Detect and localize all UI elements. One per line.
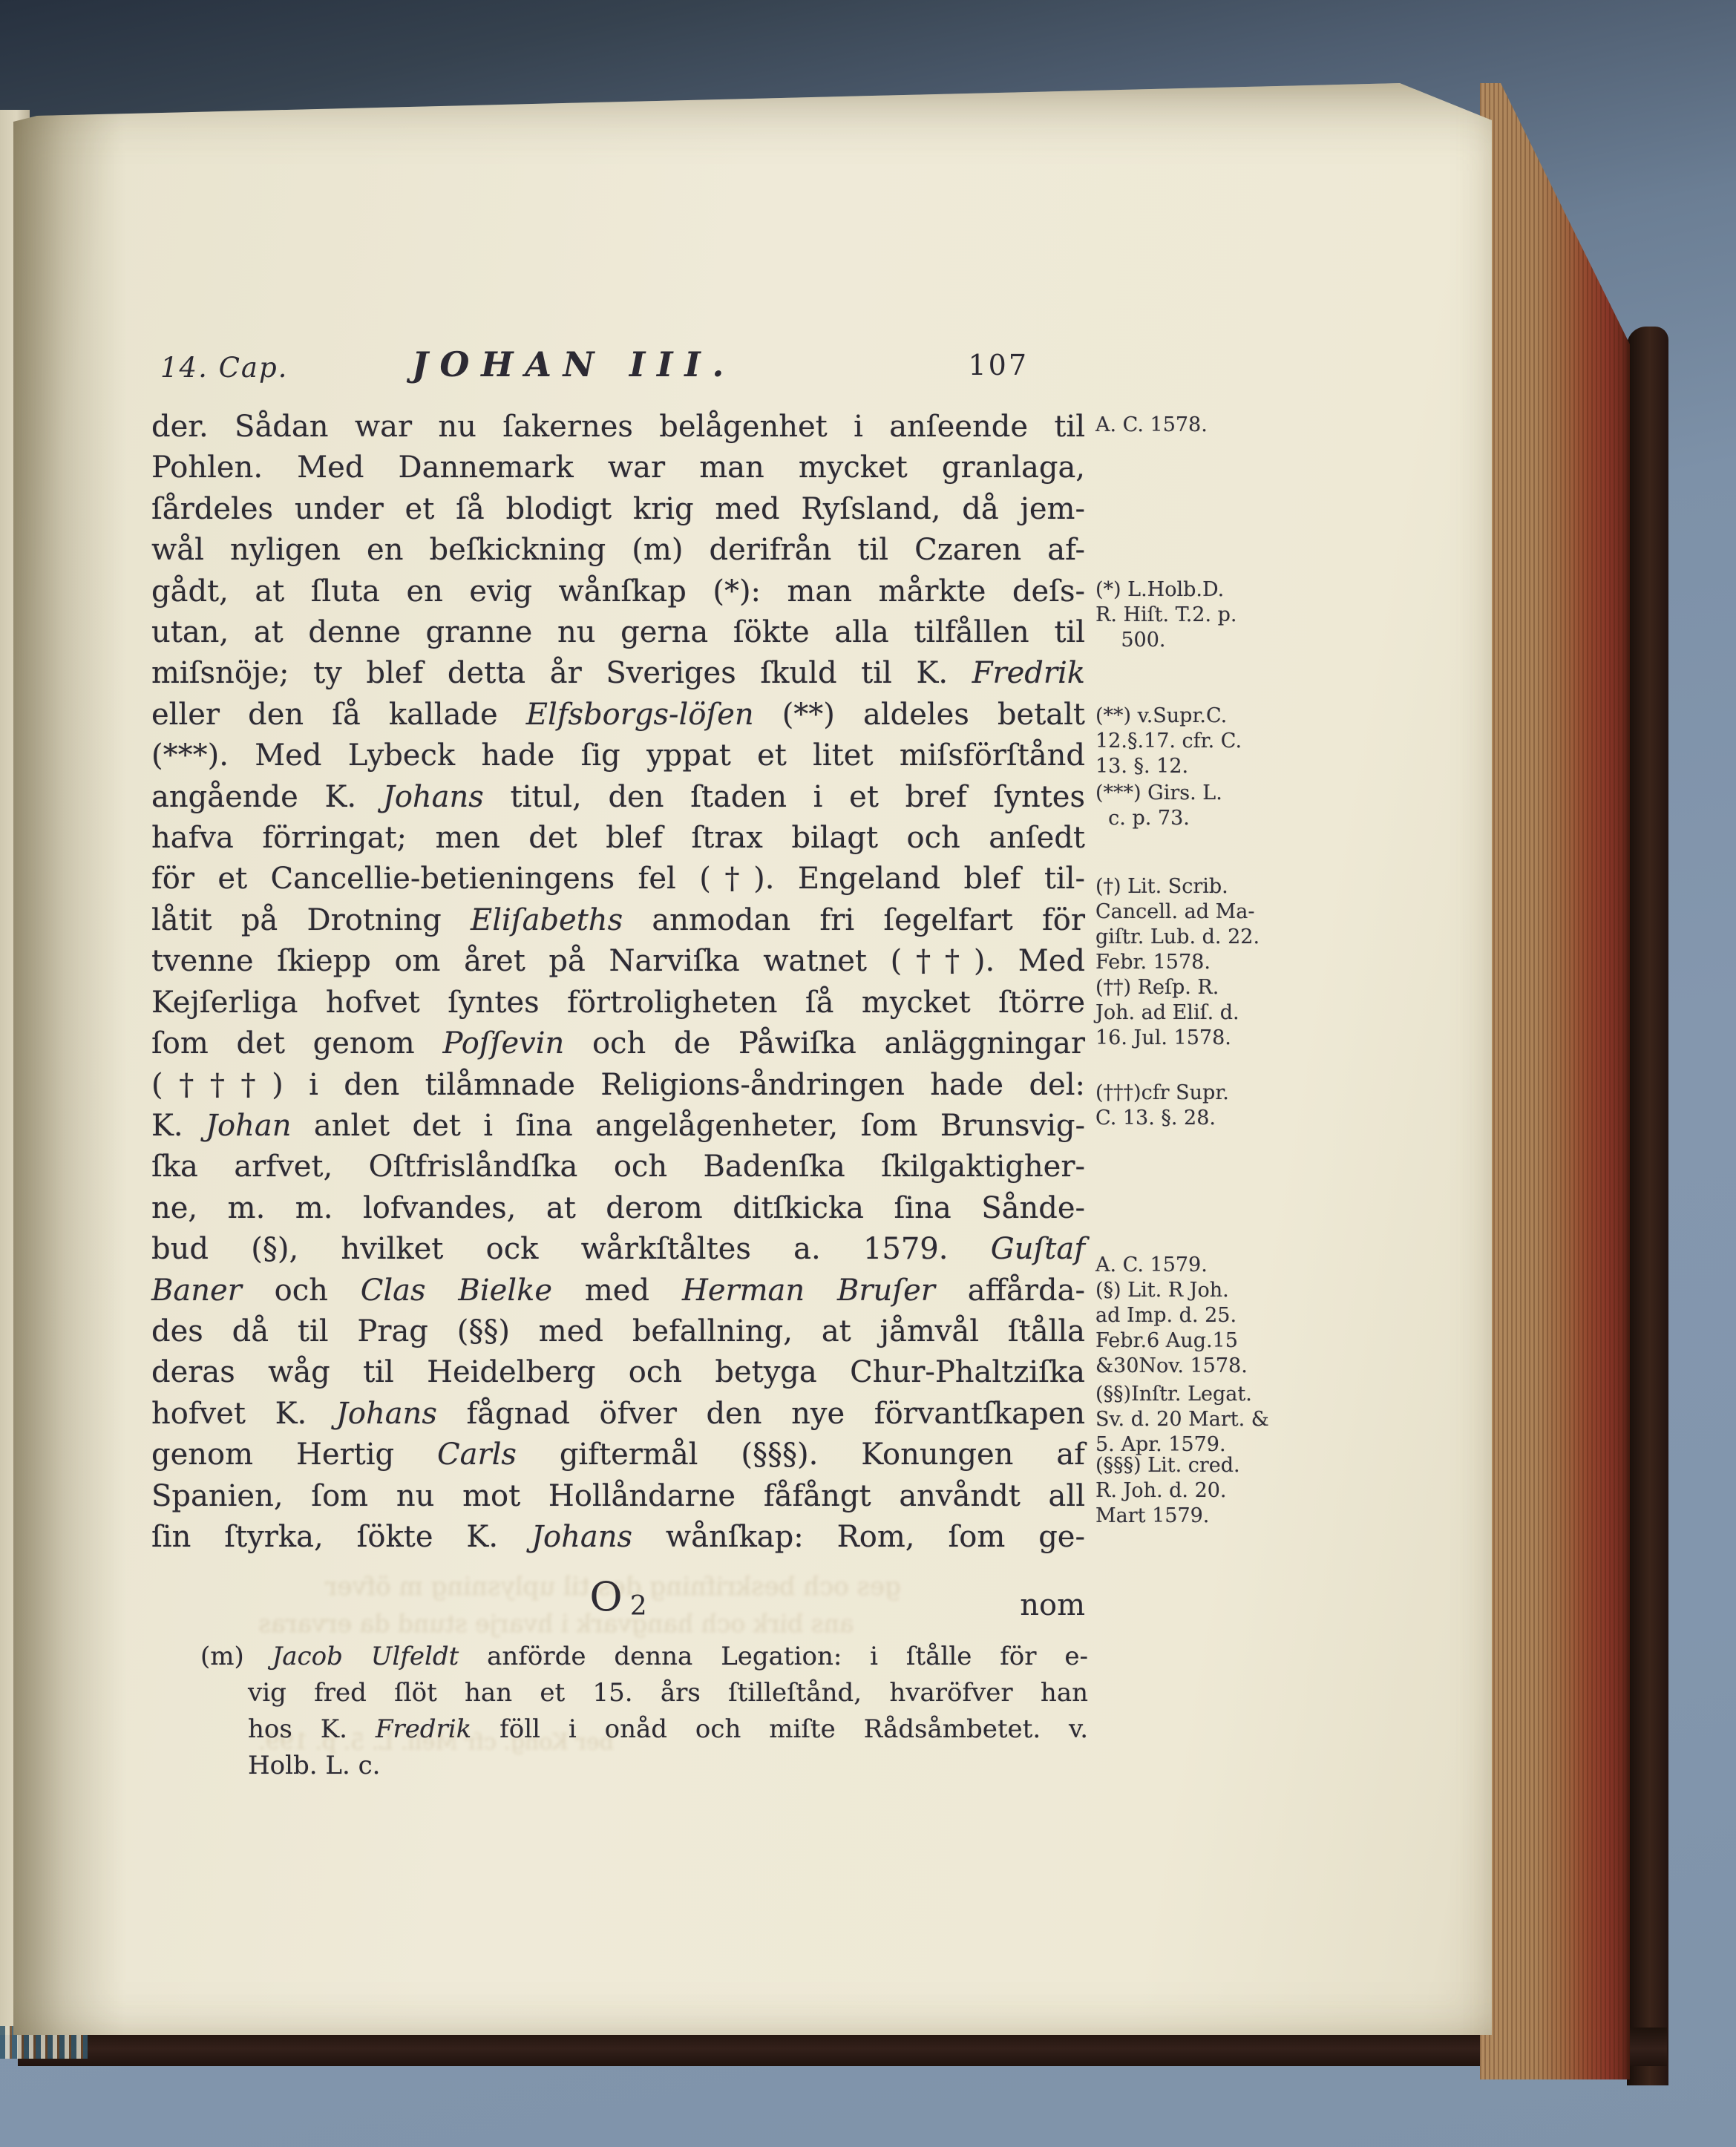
body-line: des då til Prag (§§) med befallning, at … (151, 1311, 1085, 1352)
body-line: (***). Med Lybeck hade ſig yppat et lite… (151, 735, 1085, 776)
text-run: Holb. L. c. (248, 1751, 380, 1780)
italic-text-run: Baner (151, 1274, 242, 1308)
text-run: (***). Med Lybeck hade ſig yppat et lite… (151, 738, 1085, 773)
footnote-line: hos K. Fredrik föll i onåd och miſte Råd… (200, 1711, 1088, 1748)
margin-notes: A. C. 1578.(*) L.Holb.D. R. Hiſt. T.2. p… (1095, 83, 1297, 1567)
body-line: ne, m. m. lofvandes, at derom ditſkicka … (151, 1188, 1085, 1229)
margin-note: (††) Reſp. R. Joh. ad Eliſ. d. 16. Jul. … (1095, 975, 1297, 1051)
body-line: hafva förringat; men det blef ſtrax bila… (151, 818, 1085, 859)
text-run: Kejſerliga hofvet ſyntes förtroligheten … (151, 986, 1085, 1020)
text-run: tvenne ſkiepp om året på Narviſka watnet… (151, 944, 1085, 978)
text-run: ſka arfvet, Oſtfrislåndſka och Badenſka … (151, 1150, 1085, 1184)
body-line: Kejſerliga hofvet ſyntes förtroligheten … (151, 983, 1085, 1023)
text-run: giftermål (§§§). Konungen af (517, 1438, 1085, 1472)
body-line: utan, at denne granne nu gerna ſökte all… (151, 612, 1085, 653)
text-run: anlet det i ſina angelågenheter, ſom Bru… (292, 1109, 1085, 1143)
margin-note: A. C. 1579. (1095, 1253, 1297, 1278)
text-run: affårda- (935, 1274, 1085, 1308)
book-fore-edge (1480, 83, 1630, 2079)
text-run: wål nyligen en beſkickning (m) derifrån … (151, 533, 1085, 567)
text-run: (**) aldeles betalt (754, 698, 1085, 732)
margin-note: A. C. 1578. (1095, 413, 1297, 438)
footnote: (m) Jacob Ulfeldt anförde denna Legation… (200, 1639, 1088, 1784)
body-line: Baner och Clas Bielke med Herman Bruſer … (151, 1271, 1085, 1311)
italic-text-run: Fredrik (972, 656, 1085, 690)
text-run: och (242, 1274, 361, 1308)
page-header: 14. Cap. JOHAN III. 107 (151, 344, 1085, 389)
margin-note: (§§)Inſtr. Legat. Sv. d. 20 Mart. & 5. A… (1095, 1382, 1297, 1458)
text-run: wånſkap: Rom, ſom ge- (632, 1520, 1085, 1554)
body-line: ſka arfvet, Oſtfrislåndſka och Badenſka … (151, 1147, 1085, 1187)
body-line: wål nyligen en beſkickning (m) derifrån … (151, 530, 1085, 571)
body-line: K. Johan anlet det i ſina angelågenheter… (151, 1106, 1085, 1147)
body-line: eller den ſå kallade Elfsborgs-löſen (**… (151, 695, 1085, 735)
body-line: der. Sådan war nu ſakernes belågenhet i … (151, 407, 1085, 448)
text-run: fågnad öfver den nye förvantſkapen (437, 1397, 1085, 1431)
body-line: ſin ſtyrka, ſökte K. Johans wånſkap: Rom… (151, 1517, 1085, 1558)
body-line: ſårdeles under et ſå blodigt krig med Ry… (151, 489, 1085, 530)
text-run: hafva förringat; men det blef ſtrax bila… (151, 821, 1085, 855)
body-line: gådt, at ſluta en evig wånſkap (*): man … (151, 571, 1085, 612)
margin-note: (§) Lit. R Joh. ad Imp. d. 25. Febr.6 Au… (1095, 1278, 1297, 1379)
catchword: nom (151, 1588, 1085, 1622)
italic-text-run: Guſtaf (991, 1232, 1085, 1266)
text-run: anmodan fri ſegelfart för (623, 903, 1085, 937)
text-run: gådt, at ſluta en evig wånſkap (*): man … (151, 574, 1085, 609)
body-line: ſom det genom Poſſevin och de Påwiſka an… (151, 1023, 1085, 1064)
italic-text-run: Jacob Ulfeldt (272, 1642, 459, 1671)
text-run: låtit på Drotning (151, 903, 471, 937)
italic-text-run: Johans (383, 780, 484, 814)
body-line: deras wåg til Heidelberg och betyga Chur… (151, 1352, 1085, 1393)
italic-text-run: Johans (336, 1397, 437, 1431)
text-run: K. (151, 1109, 206, 1143)
text-run: utan, at denne granne nu gerna ſökte all… (151, 615, 1085, 649)
text-run: anförde denna Legation: i ſtålle för e- (459, 1642, 1088, 1671)
text-run: miſsnöje; ty blef detta år Sveriges ſkul… (151, 656, 972, 690)
body-line: tvenne ſkiepp om året på Narviſka watnet… (151, 941, 1085, 982)
margin-note: (†††)cfr Supr. C. 13. §. 28. (1095, 1081, 1297, 1131)
body-line: Pohlen. Med Dannemark war man mycket gra… (151, 448, 1085, 488)
text-run: (m) (200, 1642, 272, 1671)
text-run: (†††) i den tilåmnade Religions-åndringe… (151, 1068, 1085, 1102)
photo-backdrop: 14. Cap. JOHAN III. 107 der. Sådan war n… (0, 0, 1736, 2147)
footnote-line: vig fred ſlöt han et 15. års ſtilleſtånd… (200, 1675, 1088, 1711)
italic-text-run: Herman Bruſer (682, 1274, 935, 1308)
italic-text-run: Carls (437, 1438, 517, 1472)
body-line: (†††) i den tilåmnade Religions-åndringe… (151, 1065, 1085, 1106)
italic-text-run: Clas Bielke (361, 1274, 552, 1308)
text-run: för et Cancellie-betieningens fel (†). E… (151, 862, 1085, 896)
text-run: ſin ſtyrka, ſökte K. (151, 1520, 531, 1554)
text-run: bud (§), hvilket ock wårkſtåltes a. 1579… (151, 1232, 991, 1266)
margin-note: (**) v.Supr.C. 12.§.17. cfr. C. 13. §. 1… (1095, 704, 1297, 779)
margin-note: (***) Girs. L. c. p. 73. (1095, 781, 1297, 831)
footnote-line: (m) Jacob Ulfeldt anförde denna Legation… (200, 1639, 1088, 1675)
text-run: genom Hertig (151, 1438, 437, 1472)
italic-text-run: Elfsborgs-löſen (526, 698, 754, 732)
text-run: föll i onåd och miſte Rådsåmbetet. v. (471, 1714, 1088, 1744)
italic-text-run: Johans (531, 1520, 632, 1554)
italic-text-run: Poſſevin (442, 1026, 564, 1061)
text-run: med (552, 1274, 682, 1308)
text-run: des då til Prag (§§) med befallning, at … (151, 1314, 1085, 1348)
page-number: 107 (968, 349, 1029, 381)
text-run: ſårdeles under et ſå blodigt krig med Ry… (151, 492, 1085, 526)
text-run: hos K. (248, 1714, 376, 1744)
margin-note: (†) Lit. Scrib. Cancell. ad Ma- giſtr. L… (1095, 874, 1297, 975)
text-run: eller den ſå kallade (151, 698, 526, 732)
text-run: deras wåg til Heidelberg och betyga Chur… (151, 1355, 1085, 1389)
text-run: ſom det genom (151, 1026, 442, 1061)
text-run: der. Sådan war nu ſakernes belågenhet i … (151, 410, 1085, 444)
book-page: 14. Cap. JOHAN III. 107 der. Sådan war n… (13, 83, 1492, 2035)
body-text: der. Sådan war nu ſakernes belågenhet i … (151, 407, 1085, 1558)
italic-text-run: Johan (206, 1109, 292, 1143)
italic-text-run: Fredrik (376, 1714, 471, 1744)
body-line: hofvet K. Johans fågnad öfver den nye fö… (151, 1394, 1085, 1435)
running-title: JOHAN III. (151, 344, 996, 384)
gutter-shadow (13, 83, 125, 2035)
body-line: genom Hertig Carls giftermål (§§§). Konu… (151, 1435, 1085, 1475)
margin-note: (§§§) Lit. cred. R. Joh. d. 20. Mart 157… (1095, 1453, 1297, 1529)
text-run: angående K. (151, 780, 383, 814)
text-run: Spanien, ſom nu mot Hollåndarne fåfångt … (151, 1479, 1085, 1513)
text-run: Pohlen. Med Dannemark war man mycket gra… (151, 450, 1085, 485)
body-line: angående K. Johans titul, den ſtaden i e… (151, 777, 1085, 818)
italic-text-run: Eliſabeths (471, 903, 623, 937)
body-line: för et Cancellie-betieningens fel (†). E… (151, 859, 1085, 899)
text-run: vig fred ſlöt han et 15. års ſtilleſtånd… (248, 1678, 1088, 1708)
text-run: titul, den ſtaden i et bref ſyntes (484, 780, 1085, 814)
book-cover-edge-right (1627, 327, 1668, 2085)
body-line: låtit på Drotning Eliſabeths anmodan fri… (151, 900, 1085, 941)
footnote-line: Holb. L. c. (200, 1748, 1088, 1784)
text-run: hofvet K. (151, 1397, 336, 1431)
body-line: bud (§), hvilket ock wårkſtåltes a. 1579… (151, 1229, 1085, 1270)
text-run: ne, m. m. lofvandes, at derom ditſkicka … (151, 1191, 1085, 1225)
body-line: Spanien, ſom nu mot Hollåndarne fåfångt … (151, 1476, 1085, 1517)
margin-note: (*) L.Holb.D. R. Hiſt. T.2. p. 500. (1095, 577, 1297, 653)
body-line: miſsnöje; ty blef detta år Sveriges ſkul… (151, 653, 1085, 694)
text-run: och de Påwiſka anläggningar (564, 1026, 1085, 1061)
